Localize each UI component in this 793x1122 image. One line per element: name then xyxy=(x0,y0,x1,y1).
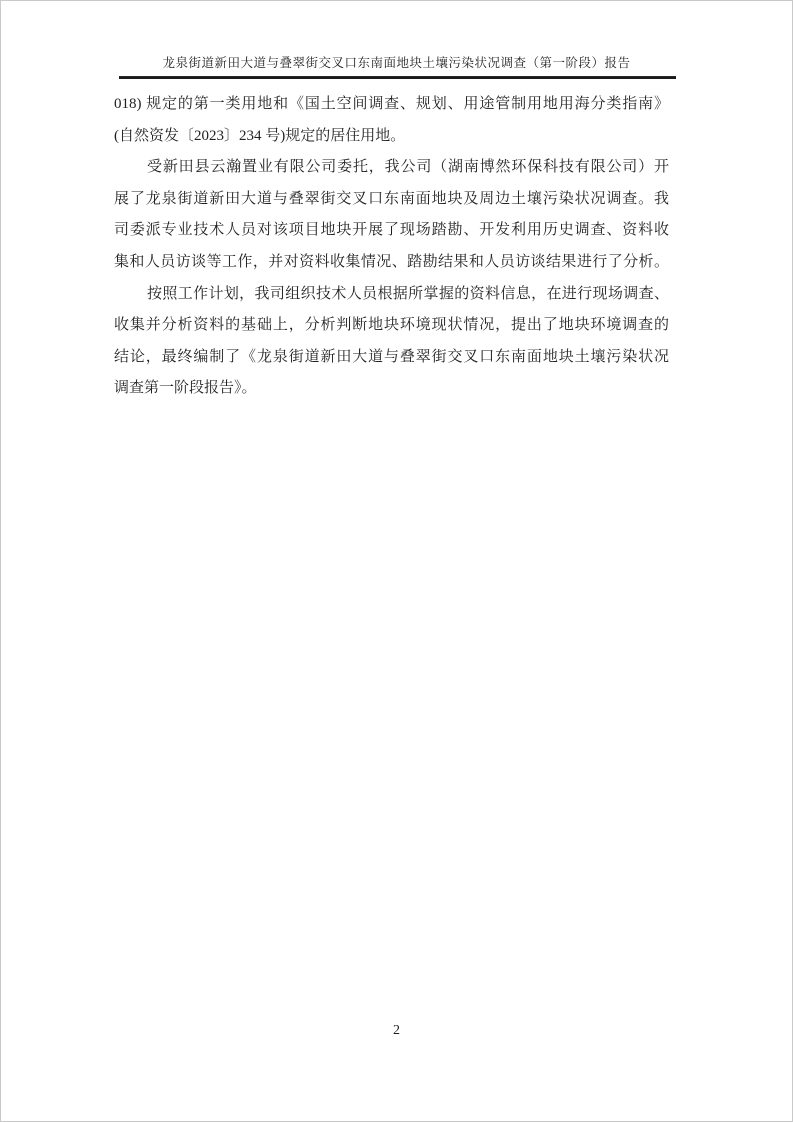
text-line: 调查第一阶段报告》。 xyxy=(114,373,669,405)
paragraph-workplan: 按照工作计划，我司组织技术人员根据所掌握的资料信息，在进行现场调查、 收集并分析… xyxy=(114,279,669,405)
text-line: 集和人员访谈等工作，并对资料收集情况、踏勘结果和人员访谈结果进行了分析。 xyxy=(114,247,669,279)
text-line: 受新田县云瀚置业有限公司委托，我公司（湖南博然环保科技有限公司）开 xyxy=(114,152,669,184)
paragraph-commission: 受新田县云瀚置业有限公司委托，我公司（湖南博然环保科技有限公司）开 展了龙泉街道… xyxy=(114,152,669,278)
page-footer: 2 xyxy=(1,1021,792,1039)
page-number: 2 xyxy=(393,1023,400,1038)
running-header-title: 龙泉街道新田大道与叠翠街交叉口东南面地块土壤污染状况调查（第一阶段）报告 xyxy=(1,55,792,71)
paragraph-continued: 018) 规定的第一类用地和《国土空间调查、规划、用途管制用地用海分类指南》 (… xyxy=(114,89,669,152)
text-line: 018) 规定的第一类用地和《国土空间调查、规划、用途管制用地用海分类指南》 xyxy=(114,89,669,121)
document-body: 018) 规定的第一类用地和《国土空间调查、规划、用途管制用地用海分类指南》 (… xyxy=(114,89,669,405)
text-line: 收集并分析资料的基础上，分析判断地块环境现状情况，提出了地块环境调查的 xyxy=(114,310,669,342)
text-line: (自然资发〔2023〕234 号)规定的居住用地。 xyxy=(114,121,669,153)
page-header: 龙泉街道新田大道与叠翠街交叉口东南面地块土壤污染状况调查（第一阶段）报告 xyxy=(1,55,792,71)
text-line: 按照工作计划，我司组织技术人员根据所掌握的资料信息，在进行现场调查、 xyxy=(114,279,669,311)
text-line: 司委派专业技术人员对该项目地块开展了现场踏勘、开发利用历史调查、资料收 xyxy=(114,215,669,247)
document-page: 龙泉街道新田大道与叠翠街交叉口东南面地块土壤污染状况调查（第一阶段）报告 018… xyxy=(0,0,793,1122)
header-rule xyxy=(119,76,676,79)
text-line: 结论，最终编制了《龙泉街道新田大道与叠翠街交叉口东南面地块土壤污染状况 xyxy=(114,342,669,374)
text-line: 展了龙泉街道新田大道与叠翠街交叉口东南面地块及周边土壤污染状况调查。我 xyxy=(114,184,669,216)
